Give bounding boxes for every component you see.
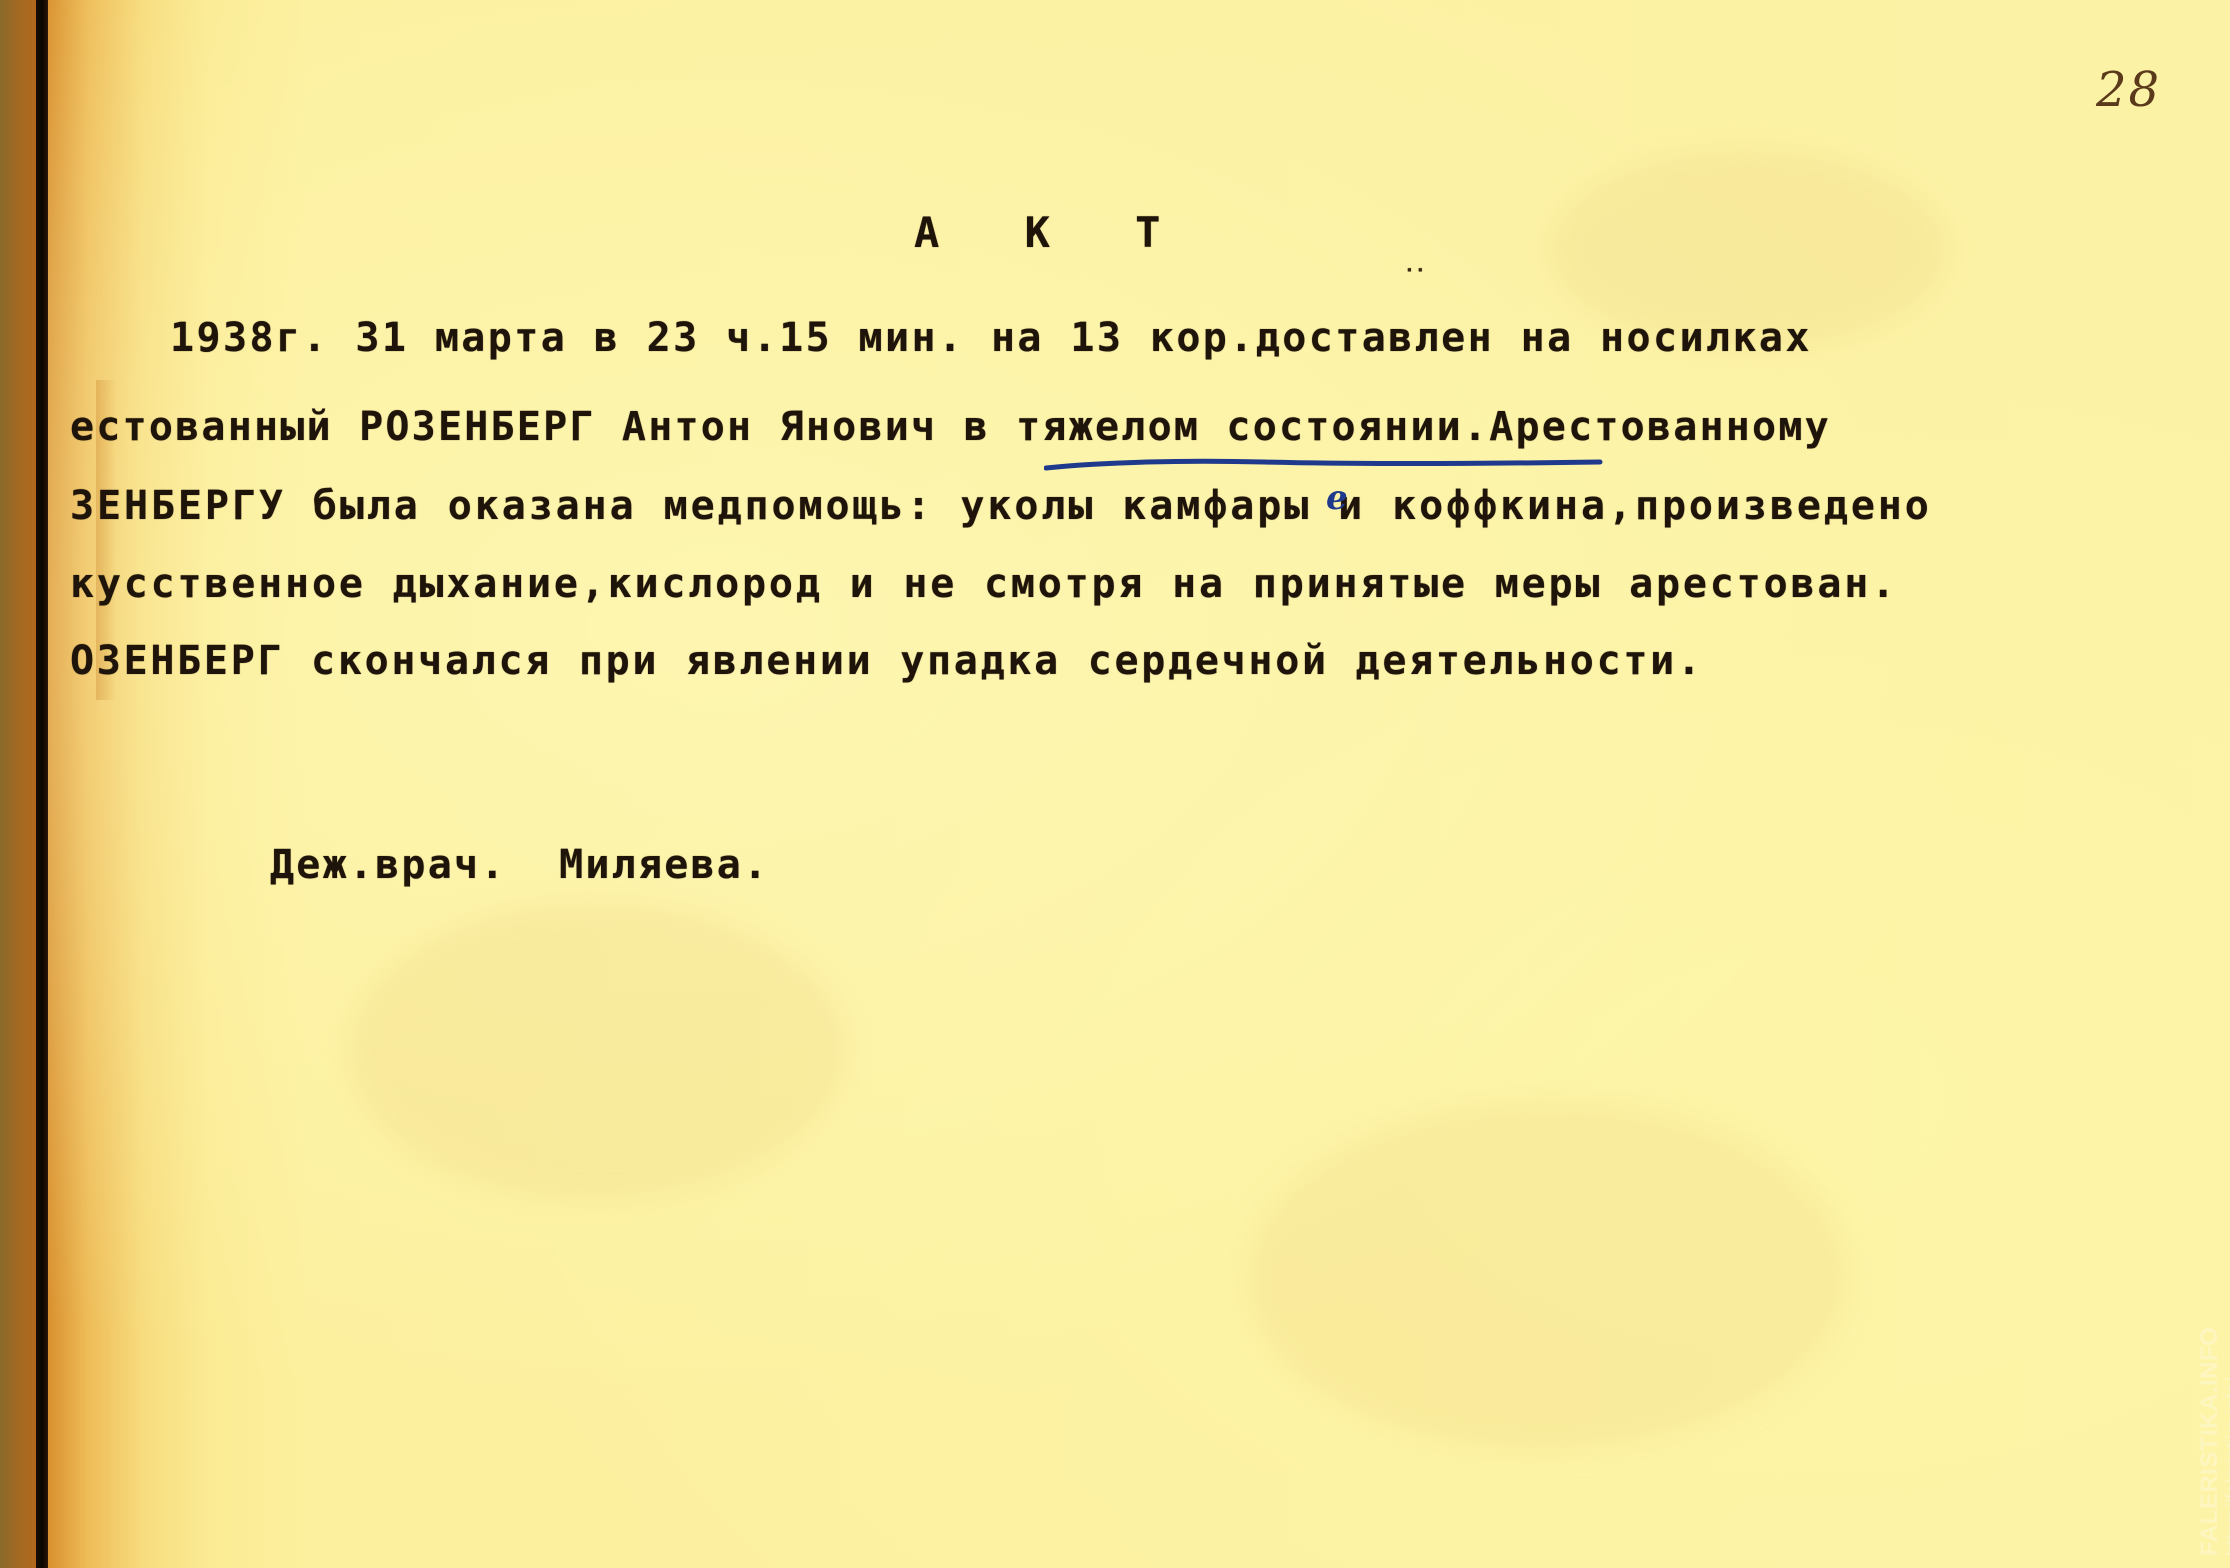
text-line-4: кусственное дыхание,кислород и не смотря… xyxy=(70,564,1898,604)
text-line-3: ЗЕНБЕРГУ была оказана медпомощь: уколы к… xyxy=(70,486,1932,526)
signature-line: Деж.врач. Миляева. xyxy=(270,845,769,885)
binding-spine xyxy=(0,0,38,1568)
blue-pencil-underline xyxy=(1044,456,1604,472)
text-line-2: естованный РОЗЕНБЕРГ Антон Янович в тяже… xyxy=(70,407,1831,447)
typed-text: А К Т ·· 1938г. 31 марта в 23 ч.15 мин. … xyxy=(48,0,2230,1568)
watermark-title: FALERISTIKA.INFO xyxy=(2198,1327,2222,1556)
stray-marks: ·· xyxy=(1406,260,1428,281)
text-line-5: ОЗЕНБЕРГ скончался при явлении упадка се… xyxy=(70,641,1704,681)
text-line-1: 1938г. 31 марта в 23 ч.15 мин. на 13 кор… xyxy=(170,318,1812,358)
watermark-url: https://faleristika.info/ xyxy=(2224,1327,2230,1556)
document-title: А К Т xyxy=(914,212,1190,254)
archival-page: 28 А К Т ·· 1938г. 31 марта в 23 ч.15 ми… xyxy=(48,0,2230,1568)
handwritten-correction: е xyxy=(1326,478,1348,518)
binding-edge xyxy=(36,0,48,1568)
watermark: FALERISTIKA.INFO https://faleristika.inf… xyxy=(2198,1327,2230,1556)
